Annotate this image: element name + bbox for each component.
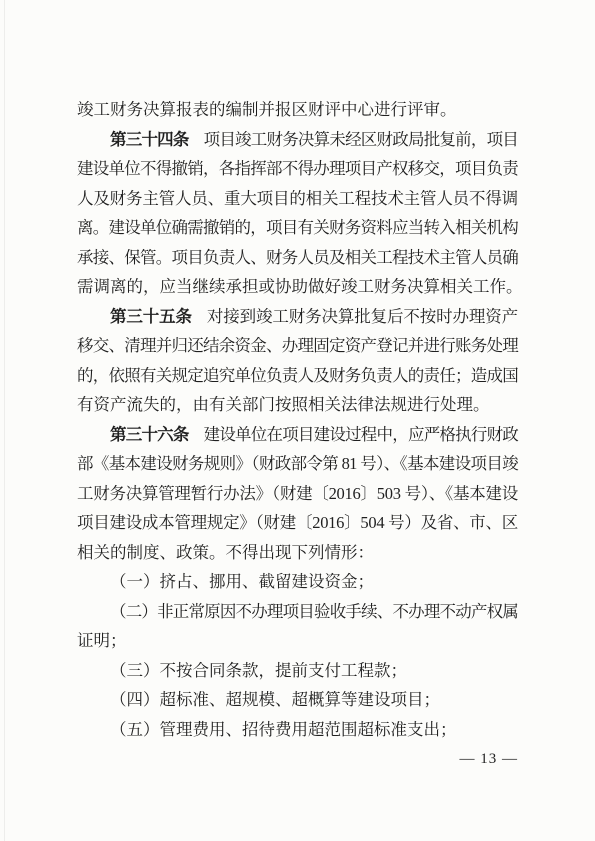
text-line: 竣工财务决算报表的编制并报区财评中心进行评审。 [77, 95, 518, 125]
line-text: 离。建设单位确需撤销的，项目有关财务资料应当转入相关机构 [77, 213, 518, 243]
line-text: 第三十六条建设单位在项目建设过程中，应严格执行财政 [110, 420, 518, 450]
line-text: 承接、保管。项目负责人、财务人员及相关工程技术主管人员确 [77, 243, 518, 273]
line-text: （五）管理费用、招待费用超范围超标准支出； [110, 715, 457, 745]
text-line: 相关的制度、政策。不得出现下列情形： [77, 538, 518, 568]
text-line: 项目建设成本管理规定》（财建〔2016〕504 号）及省、市、区 [77, 508, 518, 538]
line-text: 第三十五条对接到竣工财务决算批复后不按时办理资产 [110, 302, 518, 332]
line-text: 第三十四条项目竣工财务决算未经区财政局批复前，项目 [110, 125, 518, 155]
text-line: （四）超标准、超规模、超概算等建设项目； [77, 685, 518, 715]
line-text: 工财务决算管理暂行办法》（财建〔2016〕503 号）、《基本建设 [77, 479, 518, 509]
line-text: （二）非正常原因不办理项目验收手续、不办理不动产权属 [110, 597, 518, 627]
text-line: 人及财务主管人员、重大项目的相关工程技术主管人员不得调 [77, 184, 518, 214]
line-text: 移交、清理并归还结余资金、办理固定资产登记并进行账务处理 [77, 331, 518, 361]
text-line: 第三十四条项目竣工财务决算未经区财政局批复前，项目 [77, 125, 518, 155]
text-line: 有资产流失的，由有关部门按照相关法律法规进行处理。 [77, 390, 518, 420]
article-number: 第三十四条 [110, 130, 189, 149]
text-line: 建设单位不得撤销，各指挥部不得办理项目产权移交，项目负责 [77, 154, 518, 184]
line-text: （四）超标准、超规模、超概算等建设项目； [110, 685, 440, 715]
text-line: 的，依照有关规定追究单位负责人及财务负责人的责任；造成国 [77, 361, 518, 391]
text-line: 部《基本建设财务规则》（财政部令第 81 号）、《基本建设项目竣 [77, 449, 518, 479]
line-text: 项目建设成本管理规定》（财建〔2016〕504 号）及省、市、区 [77, 508, 518, 538]
text-line: 证明； [77, 626, 518, 656]
article-number: 第三十六条 [110, 425, 189, 444]
text-line: 第三十五条对接到竣工财务决算批复后不按时办理资产 [77, 302, 518, 332]
text-line: （一）挤占、挪用、截留建设资金； [77, 567, 518, 597]
line-text: 有资产流失的，由有关部门按照相关法律法规进行处理。 [77, 390, 490, 420]
text-line: 离。建设单位确需撤销的，项目有关财务资料应当转入相关机构 [77, 213, 518, 243]
document-page: 竣工财务决算报表的编制并报区财评中心进行评审。第三十四条项目竣工财务决算未经区财… [0, 0, 595, 841]
line-text: 需调离的，应当继续承担或协助做好竣工财务决算相关工作。 [77, 272, 523, 302]
line-text: 证明； [77, 626, 127, 656]
text-line: 承接、保管。项目负责人、财务人员及相关工程技术主管人员确 [77, 243, 518, 273]
article-number: 第三十五条 [110, 307, 192, 326]
text-line: 第三十六条建设单位在项目建设过程中，应严格执行财政 [77, 420, 518, 450]
line-text: 竣工财务决算报表的编制并报区财评中心进行评审。 [77, 95, 457, 125]
page-number: — 13 — [460, 749, 519, 769]
text-line: （五）管理费用、招待费用超范围超标准支出； [77, 715, 518, 745]
text-line: 工财务决算管理暂行办法》（财建〔2016〕503 号）、《基本建设 [77, 479, 518, 509]
text-line: （二）非正常原因不办理项目验收手续、不办理不动产权属 [77, 597, 518, 627]
line-text: （三）不按合同条款，提前支付工程款； [110, 656, 407, 686]
line-text: 建设单位不得撤销，各指挥部不得办理项目产权移交，项目负责 [77, 154, 518, 184]
text-line: 移交、清理并归还结余资金、办理固定资产登记并进行账务处理 [77, 331, 518, 361]
document-body: 竣工财务决算报表的编制并报区财评中心进行评审。第三十四条项目竣工财务决算未经区财… [77, 95, 518, 744]
text-line: （三）不按合同条款，提前支付工程款； [77, 656, 518, 686]
line-text: 部《基本建设财务规则》（财政部令第 81 号）、《基本建设项目竣 [77, 449, 518, 479]
line-text: （一）挤占、挪用、截留建设资金； [110, 567, 374, 597]
line-text: 相关的制度、政策。不得出现下列情形： [77, 538, 374, 568]
line-text: 的，依照有关规定追究单位负责人及财务负责人的责任；造成国 [77, 361, 518, 391]
line-text: 人及财务主管人员、重大项目的相关工程技术主管人员不得调 [77, 184, 518, 214]
text-line: 需调离的，应当继续承担或协助做好竣工财务决算相关工作。 [77, 272, 518, 302]
